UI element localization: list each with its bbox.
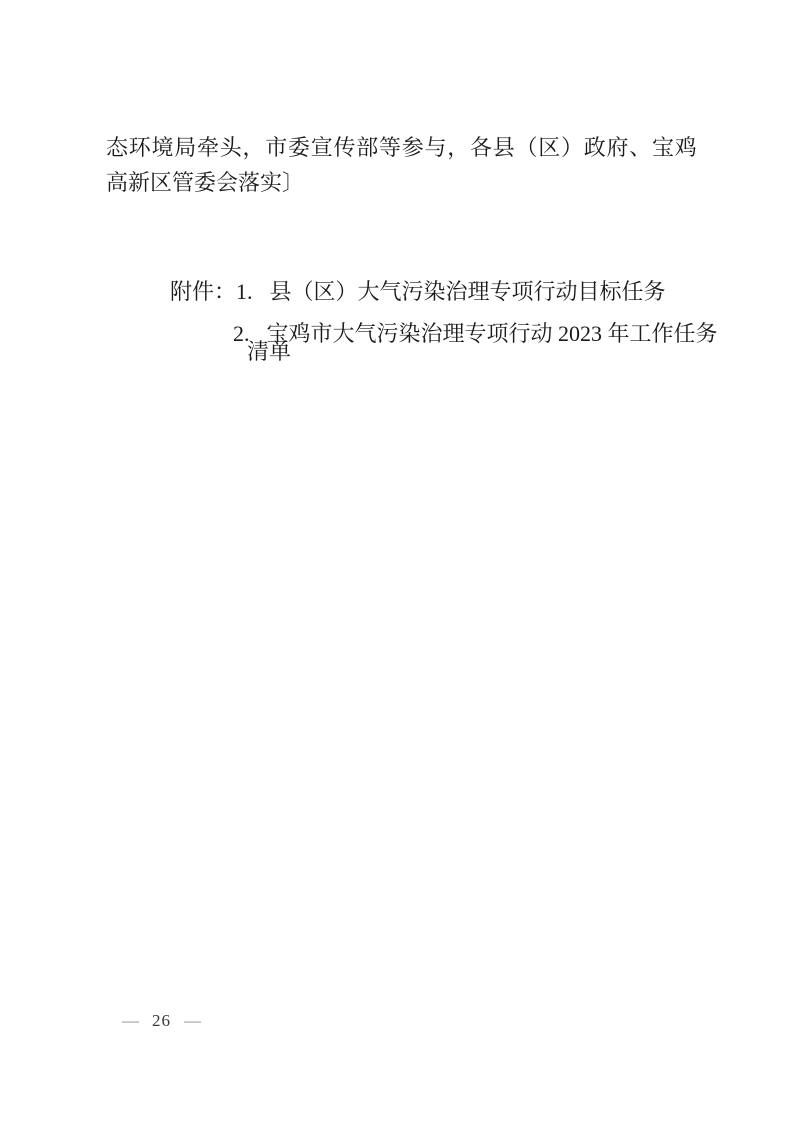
attachment-item-2-title-line-2: 清单 [247,340,291,364]
body-paragraph-line-2: 高新区管委会落实〕 [106,171,304,195]
page-number-left-dash: — [122,1012,139,1030]
attachment-item-2-title-line-1: 宝鸡市大气污染治理专项行动 2023 年工作任务 [267,321,718,346]
document-page: 态环境局牵头，市委宣传部等参与，各县（区）政府、宝鸡 高新区管委会落实〕 附件：… [0,0,800,1131]
page-number-right-dash: — [184,1012,201,1030]
body-paragraph-line-1: 态环境局牵头，市委宣传部等参与，各县（区）政府、宝鸡 [106,136,698,160]
page-number: — 26 — [122,1012,201,1030]
page-number-value: 26 [152,1012,171,1030]
